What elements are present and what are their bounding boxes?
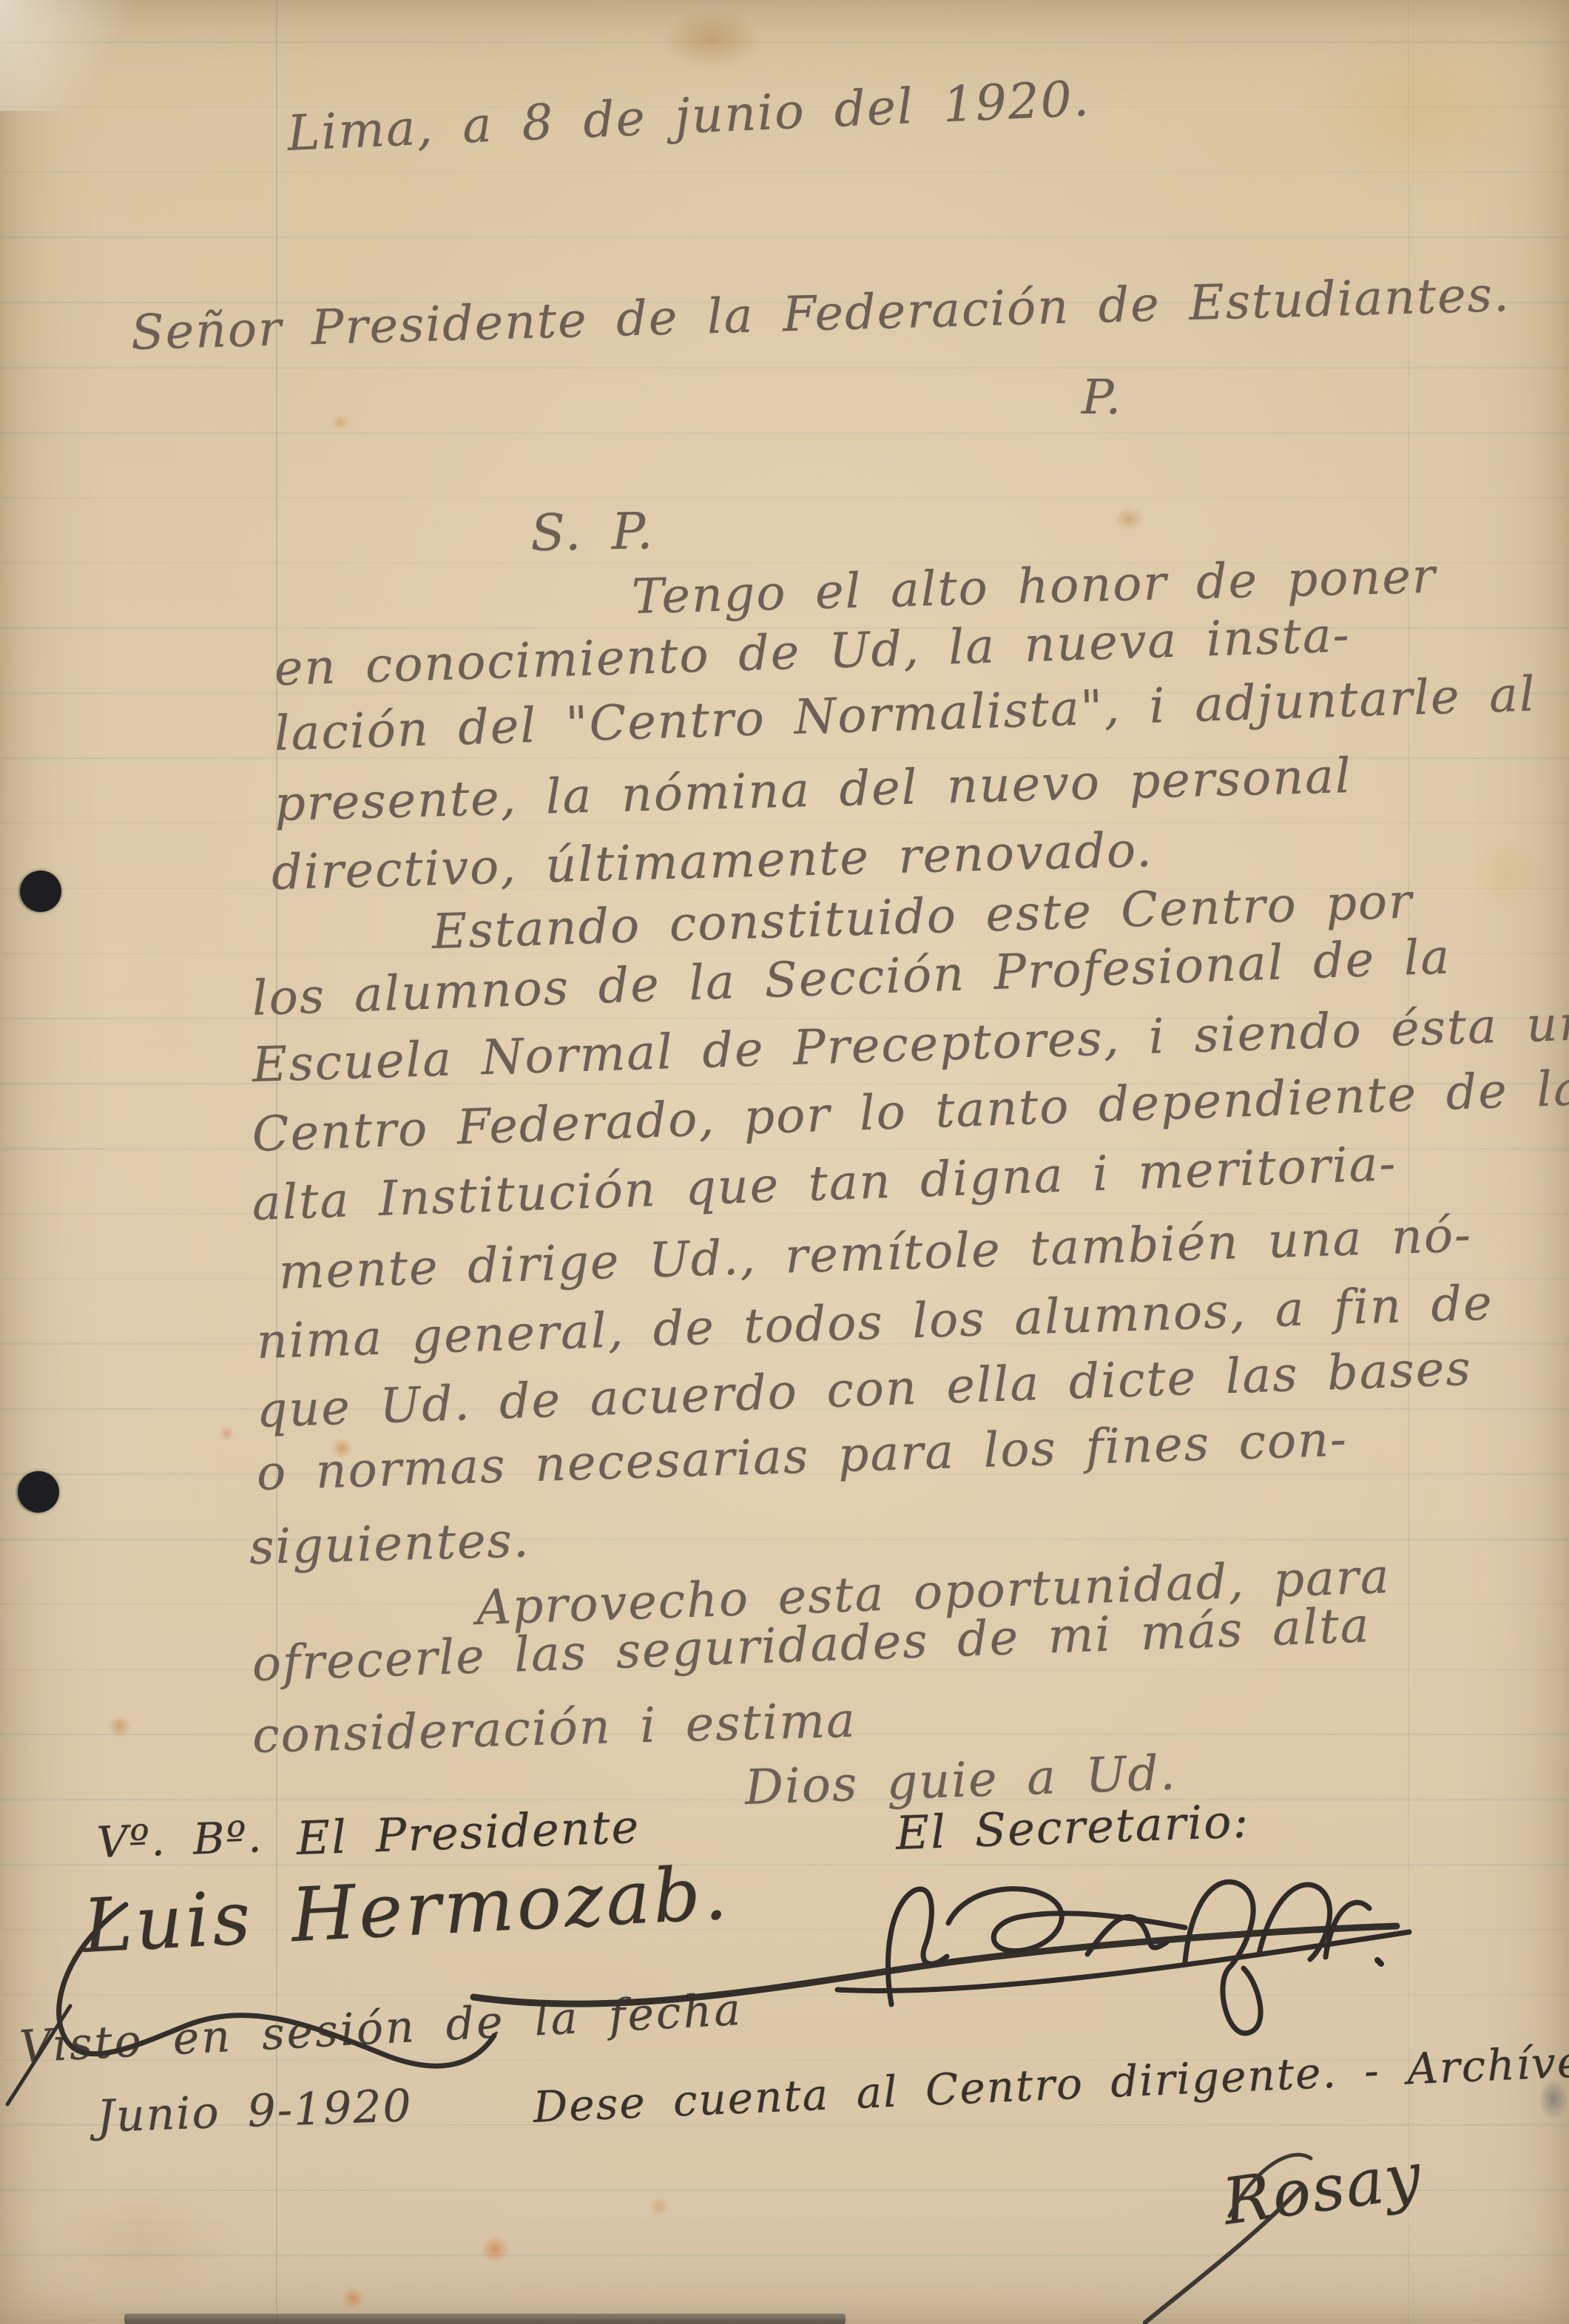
scan-bottom-edge	[124, 2314, 846, 2324]
stain	[342, 2287, 364, 2309]
stain	[108, 1715, 132, 1738]
visto-date: Junio 9-1920	[96, 2084, 414, 2139]
stain	[219, 1426, 234, 1441]
resolution-annotation: Dese cuenta al Centro dirigente. - Archí…	[532, 2038, 1569, 2129]
secretary-title: El Secretario:	[895, 1798, 1250, 1857]
resolution-signature: Rosay	[1219, 2144, 1426, 2235]
secretary-signature	[837, 1882, 1409, 2033]
body-line: consideración i estima	[252, 1697, 857, 1760]
page-corner-highlight	[0, 0, 192, 111]
stain	[1113, 507, 1144, 532]
recipient-line: Señor Presidente de la Federación de Est…	[130, 271, 1511, 357]
recipient-mark: P.	[1082, 374, 1122, 422]
body-line: siguientes.	[249, 1516, 530, 1572]
letter-page: Lima, a 8 de junio del 1920. Señor Presi…	[0, 0, 1569, 2324]
body-line: presente, la nómina del nuevo personal	[274, 752, 1352, 828]
vo-bo-label: Vº. Bº.	[96, 1815, 263, 1864]
stain	[331, 414, 349, 430]
punch-hole-bottom	[18, 1471, 59, 1513]
stain	[481, 2235, 509, 2263]
date-line: Lima, a 8 de junio del 1920.	[286, 75, 1091, 158]
margin-rule-right	[1408, 0, 1409, 2324]
president-signature: Luis Hermozab.	[81, 1856, 732, 1964]
visto-annotation: Visto en sesión de la fecha	[18, 1987, 743, 2070]
stain	[1295, 22, 1546, 200]
stain	[662, 9, 762, 70]
stain	[649, 2197, 669, 2216]
stain	[41, 2178, 240, 2300]
stain	[1468, 840, 1546, 910]
president-title: El Presidente	[296, 1804, 641, 1862]
salutation: S. P.	[530, 507, 655, 559]
punch-hole-top	[20, 871, 61, 912]
